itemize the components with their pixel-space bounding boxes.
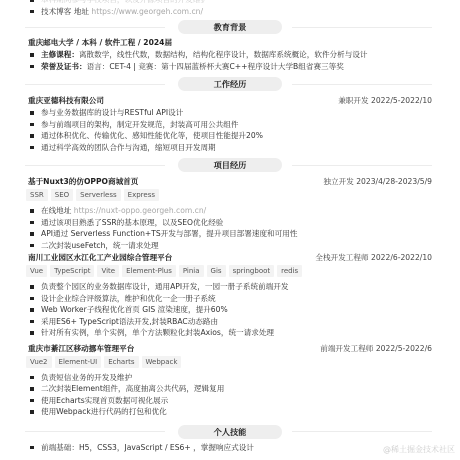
project-title: 南川工业园区水江化工产业园综合管理平台 xyxy=(28,251,172,264)
project-meta: 独立开发 2023/4/28-2023/5/9 xyxy=(323,175,432,188)
project-item: 负责短信业务的开发及维护 xyxy=(28,372,432,384)
work-header: 重庆亚德科技有限公司 兼职开发 2022/5-2022/10 xyxy=(28,94,432,107)
project-item: 通过该项目熟悉了SSR的基本原理，以及SEO优化经验 xyxy=(28,217,432,229)
company-name: 重庆亚德科技有限公司 xyxy=(28,94,104,107)
section-title: 工作经历 xyxy=(178,77,282,91)
project-title: 重庆市綦江区移动挪车管理平台 xyxy=(28,342,134,355)
project-link[interactable]: https://nuxt-oppo.georgeh.com.cn/ xyxy=(74,206,206,215)
project-header: 基于Nuxt3的仿OPPO商城首页 独立开发 2023/4/28-2023/5/… xyxy=(28,175,432,188)
intro-list: 本科期间参与学校项目，以及开源项目的开发维护 技术博客 地址 https://w… xyxy=(28,0,432,17)
education-item: 主修课程：离散数学，线性代数，数据结构，结构化程序设计，数据库系统概论，软件分析… xyxy=(28,49,432,61)
project-item: 在线地址 https://nuxt-oppo.georgeh.com.cn/ xyxy=(28,205,432,217)
divider xyxy=(25,165,165,166)
project-item: 使用Webpack进行代码的打包和优化 xyxy=(28,406,432,418)
section-title: 个人技能 xyxy=(178,425,282,439)
divider xyxy=(292,165,432,166)
divider xyxy=(25,84,165,85)
tag: Element-Plus xyxy=(122,265,176,277)
blog-label: 技术博客 地址 xyxy=(41,7,89,16)
section-title: 教育背景 xyxy=(178,20,282,34)
work-item: 通过体积优化、传输优化、感知性能优化等，使项目性能提升20% xyxy=(28,130,432,142)
tag-list: SSR SEO Serverless Express xyxy=(26,189,432,203)
education-heading: 重庆邮电大学 / 本科 / 软件工程 / 2024届 xyxy=(28,37,432,49)
project-item: 设计企业综合评级算法，维护和优化一企一册子系统 xyxy=(28,293,432,305)
work-list: 参与业务数据库的设计与RESTful API设计 参与前端项目的架构，制定开发规… xyxy=(28,107,432,153)
project-list: 在线地址 https://nuxt-oppo.georgeh.com.cn/ 通… xyxy=(28,205,432,251)
tag: TypeScript xyxy=(50,265,94,277)
tag: springboot xyxy=(229,265,275,277)
resume-page: 本科期间参与学校项目，以及开源项目的开发维护 技术博客 地址 https://w… xyxy=(28,0,432,453)
tag: SEO xyxy=(51,189,73,201)
section-work: 工作经历 xyxy=(28,76,432,92)
divider xyxy=(25,431,165,432)
section-title: 项目经历 xyxy=(178,158,282,172)
tag-list: Vue2 Element-UI Echarts Webpack xyxy=(26,356,432,370)
project-item: 负责整个园区的业务数据库设计，通用API开发，一园一册子系统前端开发 xyxy=(28,281,432,293)
tag: Gis xyxy=(207,265,226,277)
work-meta: 兼职开发 2022/5-2022/10 xyxy=(338,94,432,107)
work-item: 通过科学高效的团队合作与沟通，缩短项目开发周期 xyxy=(28,142,432,154)
skills-list: 前端基础：H5，CSS3，JavaScript / ES6+ ，掌握响应式设计 xyxy=(28,442,432,454)
divider xyxy=(292,27,432,28)
project-item: 使用Echarts实现首页数据可视化展示 xyxy=(28,395,432,407)
project-item: 针对所有实例，单个实例，单个方法颗粒化封装Axios，统一请求处理 xyxy=(28,327,432,339)
project-meta: 全栈开发工程师 2022/6-2022/10 xyxy=(315,251,432,264)
project-list: 负责整个园区的业务数据库设计，通用API开发，一园一册子系统前端开发 设计企业综… xyxy=(28,281,432,339)
skill-item: 前端基础：H5，CSS3，JavaScript / ES6+ ，掌握响应式设计 xyxy=(28,442,432,454)
work-item: 参与业务数据库的设计与RESTful API设计 xyxy=(28,107,432,119)
tag: Vue xyxy=(26,265,47,277)
education-list: 主修课程：离散数学，线性代数，数据结构，结构化程序设计，数据库系统概论，软件分析… xyxy=(28,49,432,72)
tag: Serverless xyxy=(76,189,121,201)
work-item: 参与前端项目的架构，制定开发规范，封装高可用公共组件 xyxy=(28,119,432,131)
tag: Vue2 xyxy=(26,356,52,368)
project-item: Web Worker子线程优化首页 GIS 渲染速度，提升60% xyxy=(28,304,432,316)
tag: Webpack xyxy=(142,356,182,368)
blog-item: 技术博客 地址 https://www.georgeh.com.cn/ xyxy=(28,6,432,18)
tag: Vite xyxy=(97,265,119,277)
project-item: 二次封装useFetch，统一请求处理 xyxy=(28,240,432,252)
project-item: 采用ES6+ TypeScript语法开发,封装RBAC动态路由 xyxy=(28,316,432,328)
project-item: API通过 Serverless Function+TS开发与部署，提升项目部署… xyxy=(28,228,432,240)
tag: SSR xyxy=(26,189,48,201)
section-projects: 项目经历 xyxy=(28,157,432,173)
project-header: 重庆市綦江区移动挪车管理平台 前端开发工程师 2022/5-2022/6 xyxy=(28,342,432,355)
blog-link[interactable]: https://www.georgeh.com.cn/ xyxy=(91,7,203,16)
project-header: 南川工业园区水江化工产业园综合管理平台 全栈开发工程师 2022/6-2022/… xyxy=(28,251,432,264)
project-title: 基于Nuxt3的仿OPPO商城首页 xyxy=(28,175,138,188)
section-education: 教育背景 xyxy=(28,19,432,35)
section-skills: 个人技能 xyxy=(28,424,432,440)
watermark: @稀土掘金技术社区 xyxy=(383,444,455,455)
divider xyxy=(292,84,432,85)
tag: Echarts xyxy=(104,356,138,368)
tag-list: Vue TypeScript Vite Element-Plus Pinia G… xyxy=(26,265,432,279)
tag: Element-UI xyxy=(55,356,102,368)
education-item: 荣誉及证书：语言：CET-4 | 竞赛：第十四届蓝桥杯大赛C++程序设计大学B组… xyxy=(28,61,432,73)
tag: Pinia xyxy=(179,265,204,277)
project-meta: 前端开发工程师 2022/5-2022/6 xyxy=(320,342,432,355)
divider xyxy=(25,27,165,28)
tag: redis xyxy=(277,265,302,277)
divider xyxy=(292,431,432,432)
tag: Express xyxy=(124,189,159,201)
project-item: 二次封装Element组件，高度抽离公共代码，逻辑复用 xyxy=(28,383,432,395)
project-list: 负责短信业务的开发及维护 二次封装Element组件，高度抽离公共代码，逻辑复用… xyxy=(28,372,432,418)
